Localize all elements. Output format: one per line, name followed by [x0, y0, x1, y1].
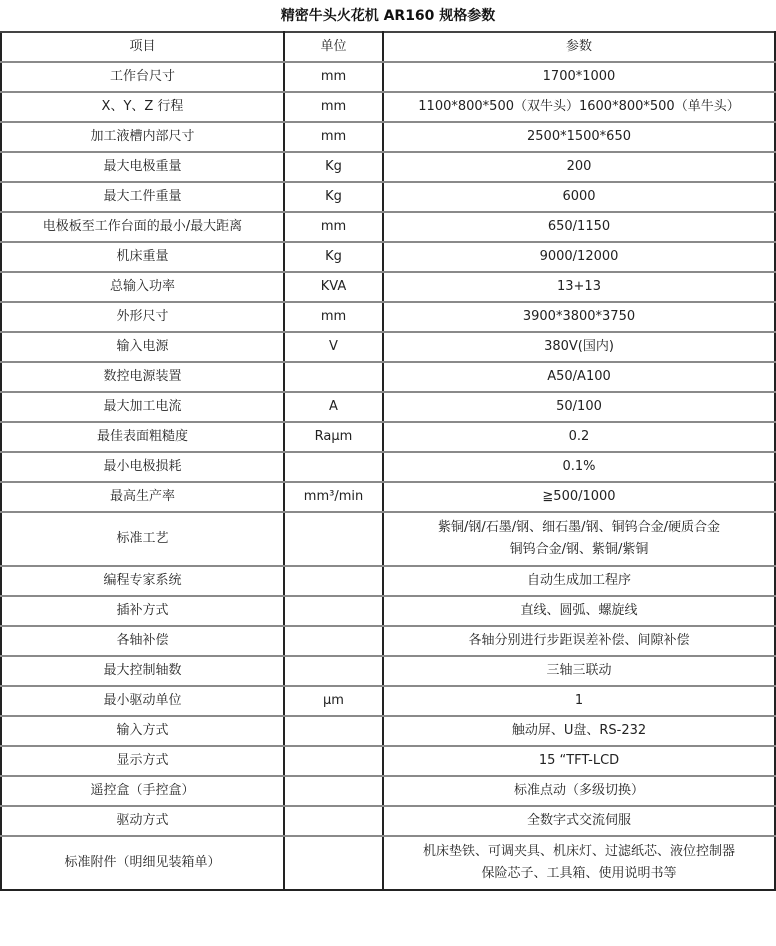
table-row: 标准工艺 紫铜/钢/石墨/钢、细石墨/钢、铜钨合金/硬质合金 铜钨合金/钢、紫铜… [1, 512, 775, 566]
row-item: 外形尺寸 [1, 302, 284, 332]
row-item: 最大电极重量 [1, 152, 284, 182]
page-title: 精密牛头火花机 AR160 规格参数 [0, 0, 776, 32]
row-unit: mm [284, 92, 383, 122]
row-item: 显示方式 [1, 746, 284, 776]
table-row: 最大工件重量Kg6000 [1, 182, 775, 212]
row-value: 1 [383, 686, 775, 716]
row-value-line: 保险芯子、工具箱、使用说明书等 [386, 863, 772, 885]
row-item: 驱动方式 [1, 806, 284, 836]
table-row: 显示方式15 “TFT-LCD [1, 746, 775, 776]
row-item: 最大工件重量 [1, 182, 284, 212]
table-header-row: 项目 单位 参数 [1, 32, 775, 62]
table-row: 加工液槽内部尺寸mm2500*1500*650 [1, 122, 775, 152]
row-value: 触动屏、U盘、RS-232 [383, 716, 775, 746]
row-item: 工作台尺寸 [1, 62, 284, 92]
row-unit [284, 746, 383, 776]
row-item: 标准工艺 [1, 512, 284, 566]
row-unit: Kg [284, 242, 383, 272]
table-row: 外形尺寸mm3900*3800*3750 [1, 302, 775, 332]
row-unit [284, 656, 383, 686]
row-value: 0.1% [383, 452, 775, 482]
row-value: 标准点动（多级切换） [383, 776, 775, 806]
table-row: 数控电源装置A50/A100 [1, 362, 775, 392]
row-item: 机床重量 [1, 242, 284, 272]
row-unit: mm [284, 122, 383, 152]
row-unit [284, 776, 383, 806]
row-item: 输入方式 [1, 716, 284, 746]
row-value: 直线、圆弧、螺旋线 [383, 596, 775, 626]
row-unit: μm [284, 686, 383, 716]
table-row: 遥控盒（手控盒）标准点动（多级切换） [1, 776, 775, 806]
row-value: 0.2 [383, 422, 775, 452]
row-value: 各轴分别进行步距误差补偿、间隙补偿 [383, 626, 775, 656]
row-item: 电极板至工作台面的最小/最大距离 [1, 212, 284, 242]
row-unit [284, 566, 383, 596]
row-value-line: 紫铜/钢/石墨/钢、细石墨/钢、铜钨合金/硬质合金 [386, 517, 772, 539]
row-unit: A [284, 392, 383, 422]
row-value: 380V(国内) [383, 332, 775, 362]
row-value: 三轴三联动 [383, 656, 775, 686]
table-row: 最小电极损耗0.1% [1, 452, 775, 482]
row-unit [284, 452, 383, 482]
table-row: 最大加工电流A50/100 [1, 392, 775, 422]
row-value: 3900*3800*3750 [383, 302, 775, 332]
table-row: 输入电源V380V(国内) [1, 332, 775, 362]
row-unit [284, 836, 383, 890]
row-value: 紫铜/钢/石墨/钢、细石墨/钢、铜钨合金/硬质合金 铜钨合金/钢、紫铜/紫铜 [383, 512, 775, 566]
row-unit [284, 512, 383, 566]
row-item: 总输入功率 [1, 272, 284, 302]
row-value: 13+13 [383, 272, 775, 302]
header-item: 项目 [1, 32, 284, 62]
row-unit [284, 716, 383, 746]
table-row: 总输入功率KVA13+13 [1, 272, 775, 302]
row-item: 最大控制轴数 [1, 656, 284, 686]
row-item: 最小电极损耗 [1, 452, 284, 482]
table-row: 最小驱动单位μm1 [1, 686, 775, 716]
row-value: 机床垫铁、可调夹具、机床灯、过滤纸芯、液位控制器 保险芯子、工具箱、使用说明书等 [383, 836, 775, 890]
row-unit: mm³/min [284, 482, 383, 512]
row-item: 遥控盒（手控盒） [1, 776, 284, 806]
row-item: 最大加工电流 [1, 392, 284, 422]
table-row: X、Y、Z 行程mm1100*800*500（双牛头）1600*800*500（… [1, 92, 775, 122]
row-value: 15 “TFT-LCD [383, 746, 775, 776]
table-row: 工作台尺寸mm1700*1000 [1, 62, 775, 92]
table-row: 最佳表面粗糙度Raμm0.2 [1, 422, 775, 452]
table-row: 插补方式直线、圆弧、螺旋线 [1, 596, 775, 626]
row-value: 50/100 [383, 392, 775, 422]
table-row: 最大电极重量Kg200 [1, 152, 775, 182]
table-row: 各轴补偿各轴分别进行步距误差补偿、间隙补偿 [1, 626, 775, 656]
row-value: 6000 [383, 182, 775, 212]
table-row: 编程专家系统自动生成加工程序 [1, 566, 775, 596]
row-item: 数控电源装置 [1, 362, 284, 392]
row-item: 插补方式 [1, 596, 284, 626]
row-unit: Kg [284, 182, 383, 212]
row-unit: KVA [284, 272, 383, 302]
row-unit: mm [284, 302, 383, 332]
row-unit [284, 806, 383, 836]
row-unit [284, 626, 383, 656]
row-unit [284, 362, 383, 392]
row-item: 最高生产率 [1, 482, 284, 512]
table-row: 驱动方式全数字式交流伺服 [1, 806, 775, 836]
row-item: X、Y、Z 行程 [1, 92, 284, 122]
spec-table: 项目 单位 参数 工作台尺寸mm1700*1000 X、Y、Z 行程mm1100… [0, 31, 776, 891]
header-unit: 单位 [284, 32, 383, 62]
table-row: 电极板至工作台面的最小/最大距离mm650/1150 [1, 212, 775, 242]
row-value: 1700*1000 [383, 62, 775, 92]
row-unit: mm [284, 212, 383, 242]
row-item: 最佳表面粗糙度 [1, 422, 284, 452]
row-item: 输入电源 [1, 332, 284, 362]
row-item: 标准附件（明细见装箱单） [1, 836, 284, 890]
row-unit [284, 596, 383, 626]
row-unit: mm [284, 62, 383, 92]
table-row: 最大控制轴数三轴三联动 [1, 656, 775, 686]
row-value-line: 机床垫铁、可调夹具、机床灯、过滤纸芯、液位控制器 [386, 841, 772, 863]
table-row: 最高生产率mm³/min≧500/1000 [1, 482, 775, 512]
row-value-line: 铜钨合金/钢、紫铜/紫铜 [386, 539, 772, 561]
row-value: 全数字式交流伺服 [383, 806, 775, 836]
row-item: 各轴补偿 [1, 626, 284, 656]
table-row: 标准附件（明细见装箱单） 机床垫铁、可调夹具、机床灯、过滤纸芯、液位控制器 保险… [1, 836, 775, 890]
row-value: 2500*1500*650 [383, 122, 775, 152]
table-row: 输入方式触动屏、U盘、RS-232 [1, 716, 775, 746]
row-value: 1100*800*500（双牛头）1600*800*500（单牛头） [383, 92, 775, 122]
header-value: 参数 [383, 32, 775, 62]
row-unit: V [284, 332, 383, 362]
row-value: A50/A100 [383, 362, 775, 392]
row-value: ≧500/1000 [383, 482, 775, 512]
row-value: 650/1150 [383, 212, 775, 242]
row-item: 最小驱动单位 [1, 686, 284, 716]
table-row: 机床重量Kg9000/12000 [1, 242, 775, 272]
row-unit: Kg [284, 152, 383, 182]
row-item: 编程专家系统 [1, 566, 284, 596]
row-value: 200 [383, 152, 775, 182]
row-unit: Raμm [284, 422, 383, 452]
row-item: 加工液槽内部尺寸 [1, 122, 284, 152]
row-value: 9000/12000 [383, 242, 775, 272]
row-value: 自动生成加工程序 [383, 566, 775, 596]
